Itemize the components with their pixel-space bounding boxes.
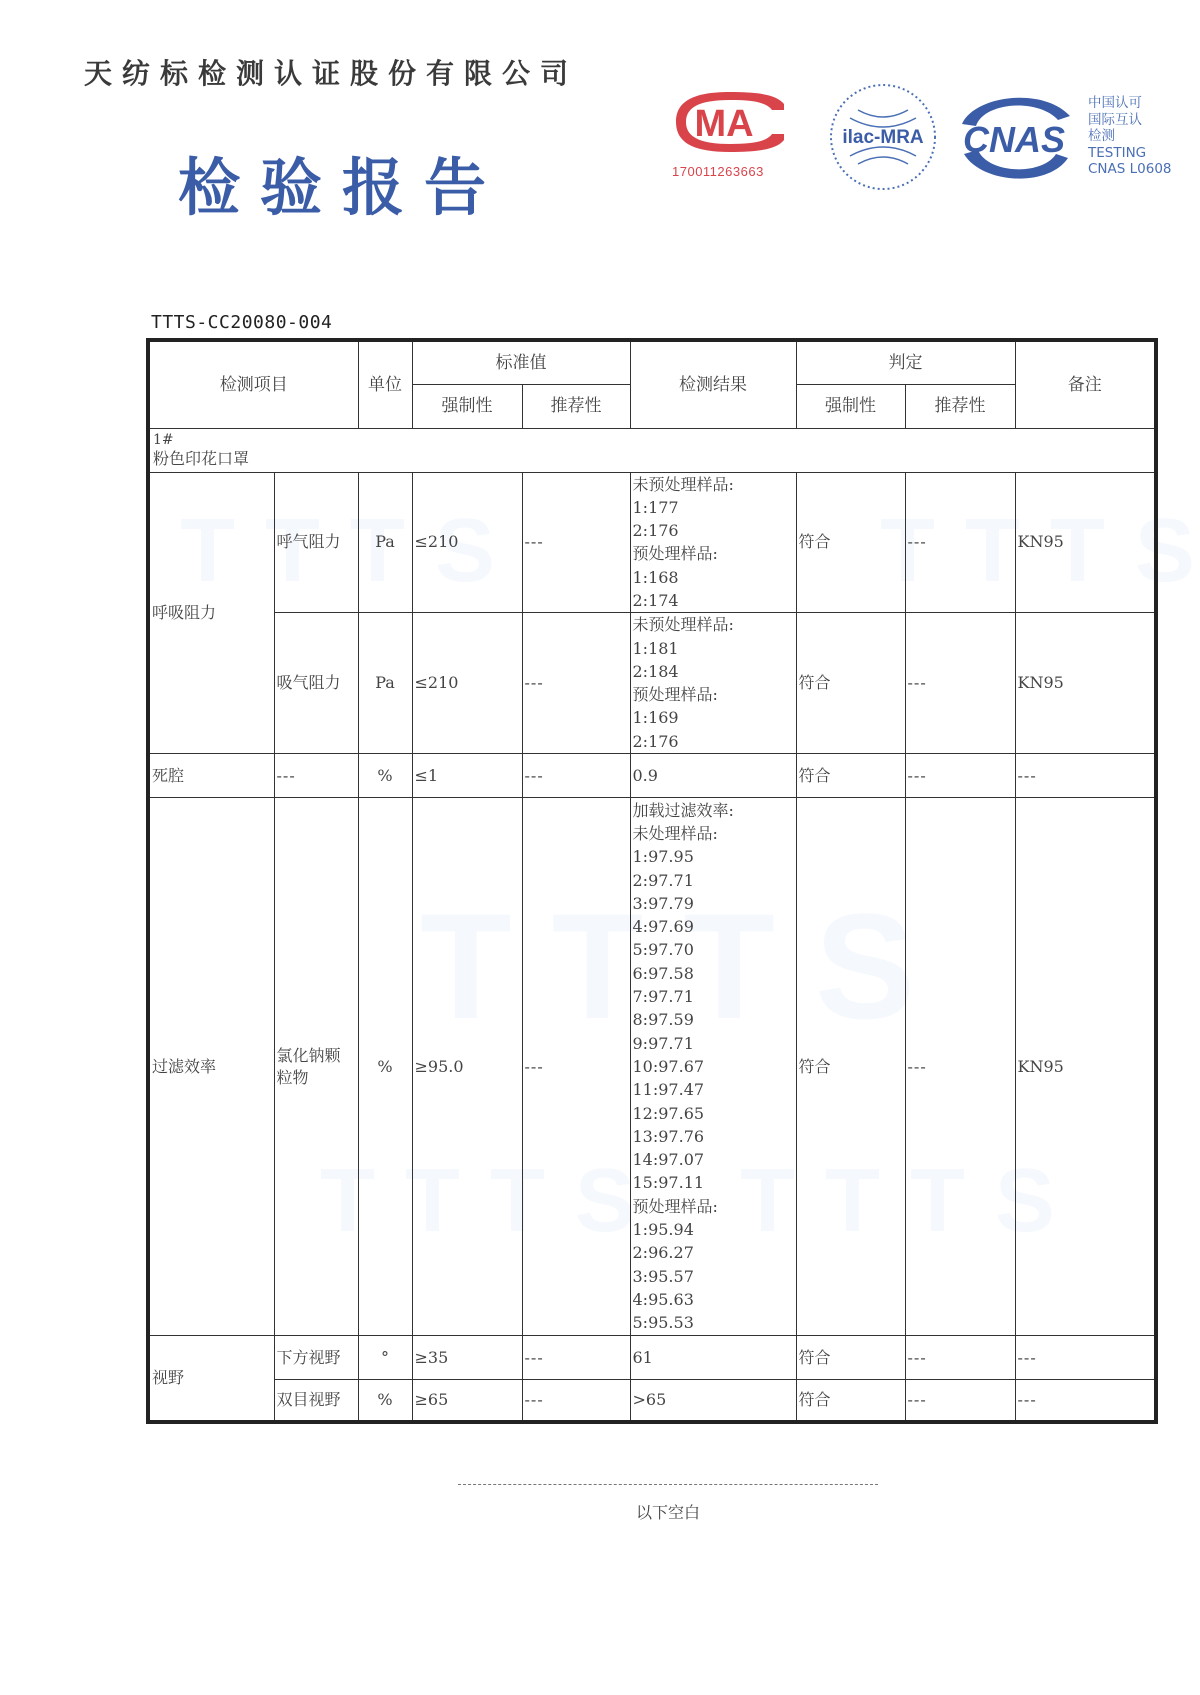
judge-recommended: --- [905,613,1015,754]
result-line: 1:181 [633,637,794,660]
table-row: 吸气阻力 Pa ≤210 --- 未预处理样品:1:1812:184预处理样品:… [148,613,1156,754]
result-line: 1:95.94 [633,1218,794,1241]
judge-recommended: --- [905,798,1015,1336]
item-filtration: 过滤效率 [148,798,274,1336]
header-judgement-mandatory: 强制性 [796,384,905,428]
judge-mandatory: 符合 [796,1380,905,1422]
result: >65 [630,1380,796,1422]
test-results-table: 检测项目 单位 标准值 检测结果 判定 备注 强制性 推荐性 强制性 推荐性 1… [146,338,1158,1424]
result: 加载过滤效率:未处理样品:1:97.952:97.713:97.794:97.6… [630,798,796,1336]
svg-text:CNAS: CNAS [963,119,1065,160]
result-line: 10:97.67 [633,1055,794,1078]
result-line: 3:95.57 [633,1265,794,1288]
judge-mandatory: 符合 [796,1336,905,1380]
header-remark: 备注 [1015,340,1156,428]
header-unit: 单位 [358,340,412,428]
cnas-line: TESTING [1088,145,1172,162]
sub-item: 吸气阻力 [274,613,358,754]
cma-number: 170011263663 [672,164,792,179]
header-standard-recommended: 推荐性 [522,384,630,428]
cnas-line: 检测 [1088,128,1172,145]
judge-mandatory: 符合 [796,754,905,798]
result-line: 8:97.59 [633,1008,794,1031]
result-line: 2:174 [633,589,794,612]
standard-recommended: --- [522,798,630,1336]
result-line: 2:184 [633,660,794,683]
result-line: 11:97.47 [633,1078,794,1101]
result: 0.9 [630,754,796,798]
standard-recommended: --- [522,613,630,754]
judge-recommended: --- [905,754,1015,798]
result: 未预处理样品:1:1812:184预处理样品:1:1692:176 [630,613,796,754]
ilac-mra-logo-icon: ilac-MRA [828,82,938,192]
result-line: 12:97.65 [633,1102,794,1125]
result-line: 1:177 [633,496,794,519]
standard-mandatory: ≥65 [412,1380,522,1422]
unit: ° [358,1336,412,1380]
judge-recommended: --- [905,1336,1015,1380]
cma-logo-icon: MA [672,90,788,154]
cnas-line: 国际互认 [1088,112,1172,129]
result-line: 6:97.58 [633,962,794,985]
cnas-line: CNAS L0608 [1088,161,1172,178]
sample-name: 粉色印花口罩 [153,449,1151,469]
sample-id: 1# [153,431,1151,449]
report-title: 检验报告 [178,138,506,227]
remark: KN95 [1015,798,1156,1336]
header-result: 检测结果 [630,340,796,428]
table-row: 双目视野 % ≥65 --- >65 符合 --- --- [148,1380,1156,1422]
blank-below-note: 以下空白 [458,1500,878,1523]
result-line: 加载过滤效率: [633,799,794,822]
sub-item: 下方视野 [274,1336,358,1380]
standard-recommended: --- [522,1380,630,1422]
result: 61 [630,1336,796,1380]
unit: % [358,798,412,1336]
result-line: 4:97.69 [633,915,794,938]
unit: % [358,754,412,798]
sample-label: 1# 粉色印花口罩 [148,428,1156,472]
judge-recommended: --- [905,1380,1015,1422]
result-line: 5:95.53 [633,1311,794,1334]
svg-text:MA: MA [694,103,753,145]
item-vision: 视野 [148,1336,274,1422]
header-standard: 标准值 [412,340,630,384]
standard-mandatory: ≤1 [412,754,522,798]
sub-item: 氯化钠颗粒物 [274,798,358,1336]
result-line: 9:97.71 [633,1032,794,1055]
item-breathing: 呼吸阻力 [148,472,274,754]
standard-mandatory: ≥95.0 [412,798,522,1336]
result-line: 未预处理样品: [633,613,794,636]
result-line: 13:97.76 [633,1125,794,1148]
header-judgement: 判定 [796,340,1015,384]
standard-recommended: --- [522,1336,630,1380]
result-line: 3:97.79 [633,892,794,915]
table-row: 过滤效率 氯化钠颗粒物 % ≥95.0 --- 加载过滤效率:未处理样品:1:9… [148,798,1156,1336]
result: 未预处理样品:1:1772:176预处理样品:1:1682:174 [630,472,796,613]
remark: --- [1015,754,1156,798]
judge-recommended: --- [905,472,1015,613]
result-line: 7:97.71 [633,985,794,1008]
header-judgement-recommended: 推荐性 [905,384,1015,428]
result-line: 未预处理样品: [633,473,794,496]
cnas-line: 中国认可 [1088,95,1172,112]
remark: KN95 [1015,613,1156,754]
remark: --- [1015,1380,1156,1422]
cnas-accreditation-text: 中国认可 国际互认 检测 TESTING CNAS L0608 [1088,95,1172,178]
result-line: 2:176 [633,730,794,753]
result-line: 2:176 [633,519,794,542]
table-row: 呼吸阻力 呼气阻力 Pa ≤210 --- 未预处理样品:1:1772:176预… [148,472,1156,613]
remark: --- [1015,1336,1156,1380]
result-line: 未处理样品: [633,822,794,845]
result-line: 15:97.11 [633,1171,794,1194]
standard-mandatory: ≤210 [412,613,522,754]
item-dead-space: 死腔 [148,754,274,798]
sub-item: 双目视野 [274,1380,358,1422]
judge-mandatory: 符合 [796,613,905,754]
result-line: 4:95.63 [633,1288,794,1311]
unit: Pa [358,613,412,754]
divider [458,1484,878,1485]
judge-mandatory: 符合 [796,798,905,1336]
standard-recommended: --- [522,472,630,613]
standard-recommended: --- [522,754,630,798]
judge-mandatory: 符合 [796,472,905,613]
result-line: 2:97.71 [633,869,794,892]
report-number: TTTS-CC20080-004 [151,312,332,333]
result-line: 5:97.70 [633,938,794,961]
result-line: 2:96.27 [633,1241,794,1264]
result-line: 预处理样品: [633,683,794,706]
result-line: 1:169 [633,706,794,729]
sub-item: 呼气阻力 [274,472,358,613]
standard-mandatory: ≥35 [412,1336,522,1380]
svg-text:ilac-MRA: ilac-MRA [842,127,924,148]
unit: % [358,1380,412,1422]
result-line: 1:97.95 [633,845,794,868]
header-item: 检测项目 [148,340,358,428]
result-line: 14:97.07 [633,1148,794,1171]
sub-item: --- [274,754,358,798]
remark: KN95 [1015,472,1156,613]
company-name: 天纺标检测认证股份有限公司 [84,52,578,92]
table-row: 死腔 --- % ≤1 --- 0.9 符合 --- --- [148,754,1156,798]
unit: Pa [358,472,412,613]
table-row: 视野 下方视野 ° ≥35 --- 61 符合 --- --- [148,1336,1156,1380]
result-line: 1:168 [633,566,794,589]
header-standard-mandatory: 强制性 [412,384,522,428]
result-line: 预处理样品: [633,542,794,565]
result-line: 预处理样品: [633,1195,794,1218]
cnas-logo-icon: CNAS [952,88,1076,188]
standard-mandatory: ≤210 [412,472,522,613]
